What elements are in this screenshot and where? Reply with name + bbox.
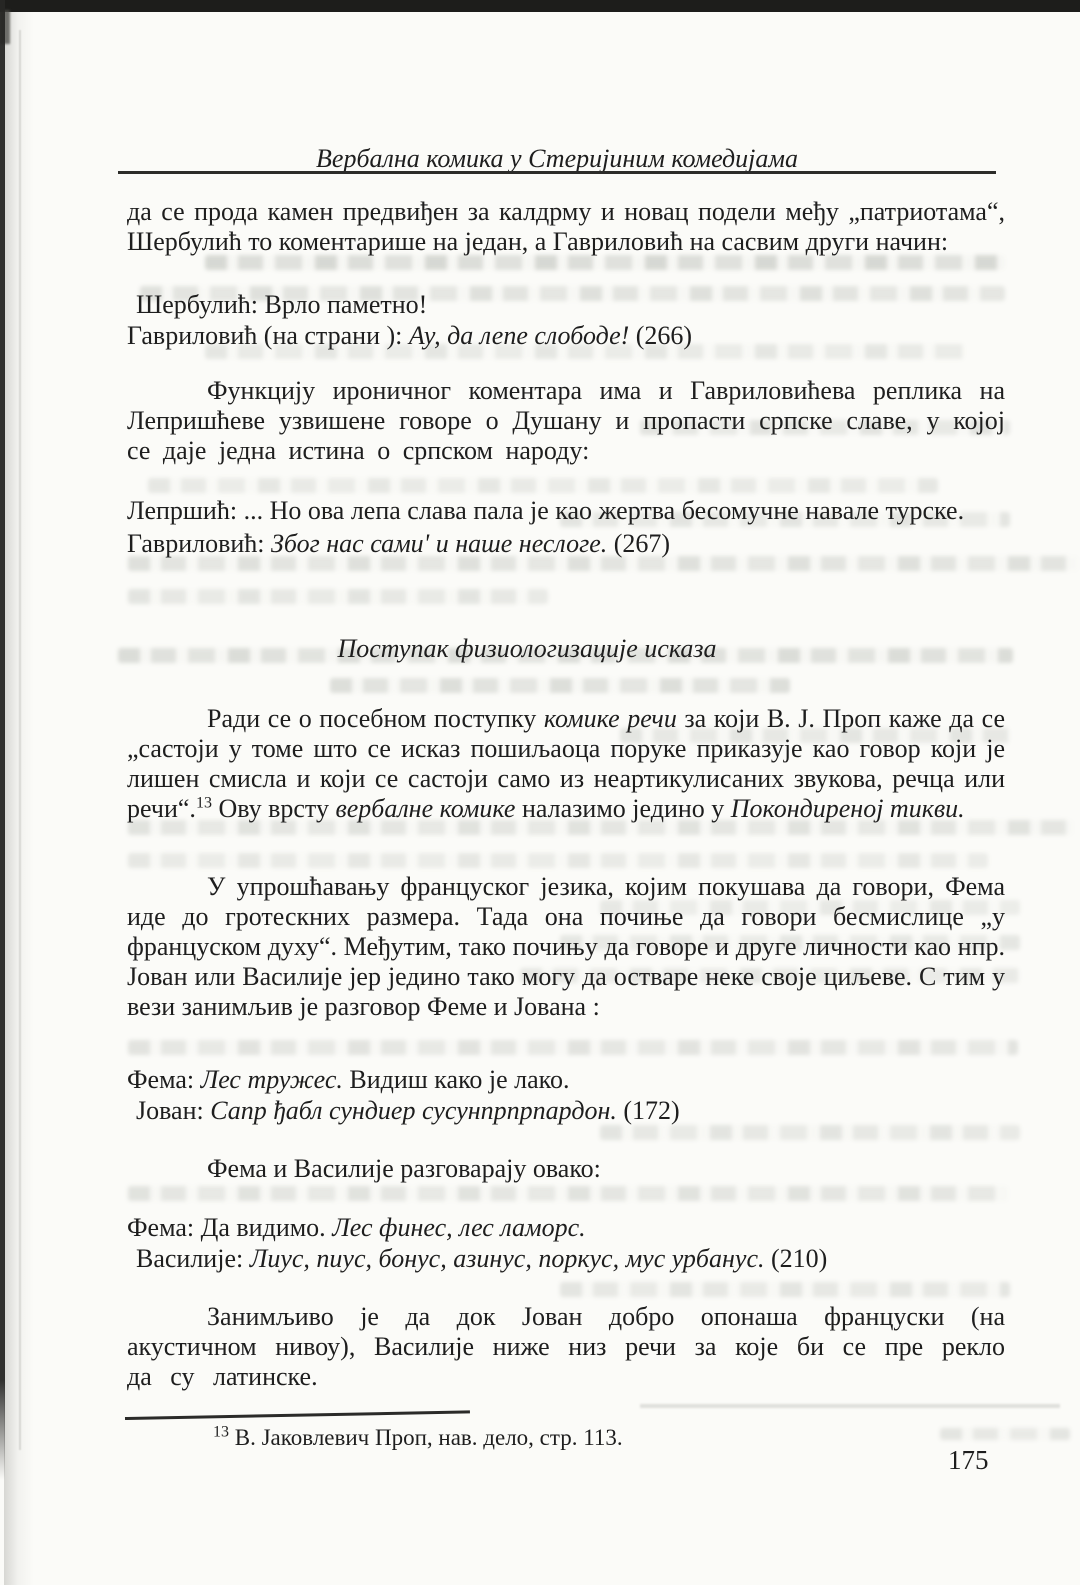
bleedthrough-artifact [128,589,548,604]
dialogue-line: Фема: Лес тружес. Видиш како је лако. [127,1064,1005,1095]
header-rule [118,171,996,174]
text-segment: Шербулић: Врло паметно! [136,290,427,319]
text-segment: Функцију ироничног коментара има и Гаври… [127,376,1005,465]
text-segment: Гавриловић (на страни ): [127,321,409,350]
bleedthrough-artifact [128,1040,1018,1055]
dialogue-block-3: Фема: Лес тружес. Видиш како је лако. Јо… [127,1064,1005,1126]
text-segment: Гавриловић: [127,529,271,558]
text-segment: да се прода камен предвиђен за калдрму и… [127,197,1005,256]
dialogue-line: Гавриловић: Због нас сами' и наше неслог… [127,527,1005,560]
footnote-marker: 13 [213,1423,229,1440]
paragraph-prop-quote: Ради се о посебном поступку комике речи … [127,704,1005,824]
text-segment-italic: Сапр ђабл сундиер сусунпрпрпардон. [210,1096,617,1125]
text-segment: Јован: [136,1096,210,1125]
running-header-title: Вербална комика у Стеријиним комедијама [118,144,996,174]
text-segment: Василије: [136,1244,250,1273]
dialogue-line: Јован: Сапр ђабл сундиер сусунпрпрпардон… [127,1095,1005,1126]
dialogue-block-4: Фема: Да видимо. Лес финес, лес ламорс. … [127,1212,1005,1274]
text-segment: (266) [629,321,692,350]
text-segment-italic: Лиус, пиус, бонус, азинус, поркус, мус у… [250,1244,765,1273]
bleedthrough-artifact [148,478,938,493]
bleedthrough-artifact [640,1404,1060,1408]
text-segment-italic: Због нас сами' и наше неслоге. [271,529,607,558]
scan-corner-smudge [0,10,10,44]
text-segment: Ради се о посебном поступку [207,704,544,733]
text-segment: Лепршић: ... Но ова лепа слава пала је к… [127,496,964,525]
paragraph-conclusion: Занимљиво је да док Јован добро опонаша … [127,1302,1005,1392]
dialogue-line: Фема: Да видимо. Лес финес, лес ламорс. [127,1212,1005,1243]
text-segment: (172) [617,1096,680,1125]
dialogue-line: Шербулић: Врло паметно! [127,289,1005,320]
text-segment: Фема и Василије разговарају овако: [207,1154,601,1183]
scan-edge-top [0,0,1080,12]
text-segment-italic: Лес финес, лес ламорс. [332,1213,585,1242]
text-segment: налазимо једино у [515,794,730,823]
bleedthrough-artifact [330,678,790,693]
dialogue-block-2: Лепршић: ... Но ова лепа слава пала је к… [127,494,1005,560]
scan-edge-left [0,0,5,1500]
dialogue-line: Василије: Лиус, пиус, бонус, азинус, пор… [127,1243,1005,1274]
text-segment-italic: вербалне комике [335,794,515,823]
dialogue-line: Лепршић: ... Но ова лепа слава пала је к… [127,494,1005,527]
bleedthrough-artifact [560,1282,1010,1297]
bleedthrough-artifact [128,1186,1008,1201]
section-heading: Поступак физиологизације исказа [88,634,966,664]
footnote-reference: 13 [196,794,212,811]
bleedthrough-artifact [600,1125,1020,1140]
text-segment: Видиш како је лако. [343,1065,570,1094]
page-number: 175 [948,1445,989,1476]
text-segment: Фема: [127,1065,201,1094]
text-segment-italic: комике речи [544,704,677,733]
footnote: 13 В. Јаковлевич Проп, нав. дело, стр. 1… [213,1424,913,1452]
text-segment: Ову врсту [212,794,336,823]
text-segment-italic: Лес тружес. [201,1065,343,1094]
text-segment: (267) [607,529,670,558]
text-segment: Фема: Да видимо. [127,1213,332,1242]
scanned-book-page: Вербална комика у Стеријиним комедијама … [0,0,1080,1585]
bleedthrough-artifact [940,1428,1070,1440]
paragraph-fema-french: У упрошћавању француског језика, којим п… [127,872,1005,1022]
text-segment: (210) [765,1244,828,1273]
paragraph-intro: да се прода камен предвиђен за калдрму и… [127,197,1005,257]
page-crease [19,30,21,1450]
footnote-text: В. Јаковлевич Проп, нав. дело, стр. 113. [229,1425,623,1450]
text-segment-italic: Ау, да лепе слободе! [409,321,629,350]
dialogue-line: Гавриловић (на страни ): Ау, да лепе сло… [127,320,1005,351]
text-segment: Занимљиво је да док Јован добро опонаша … [127,1302,1005,1391]
footnote-rule [125,1410,470,1420]
binding-shadow [4,0,34,1585]
dialogue-block-1: Шербулић: Врло паметно! Гавриловић (на с… [127,289,1005,351]
paragraph-lead-in: Фема и Василије разговарају овако: [127,1154,1005,1184]
text-segment: У упрошћавању француског језика, којим п… [127,872,1005,1021]
text-segment-italic: Покондиреној тикви. [731,794,965,823]
bleedthrough-artifact [128,853,988,868]
bleedthrough-artifact [205,255,1005,270]
paragraph-irony: Функцију ироничног коментара има и Гаври… [127,376,1005,466]
